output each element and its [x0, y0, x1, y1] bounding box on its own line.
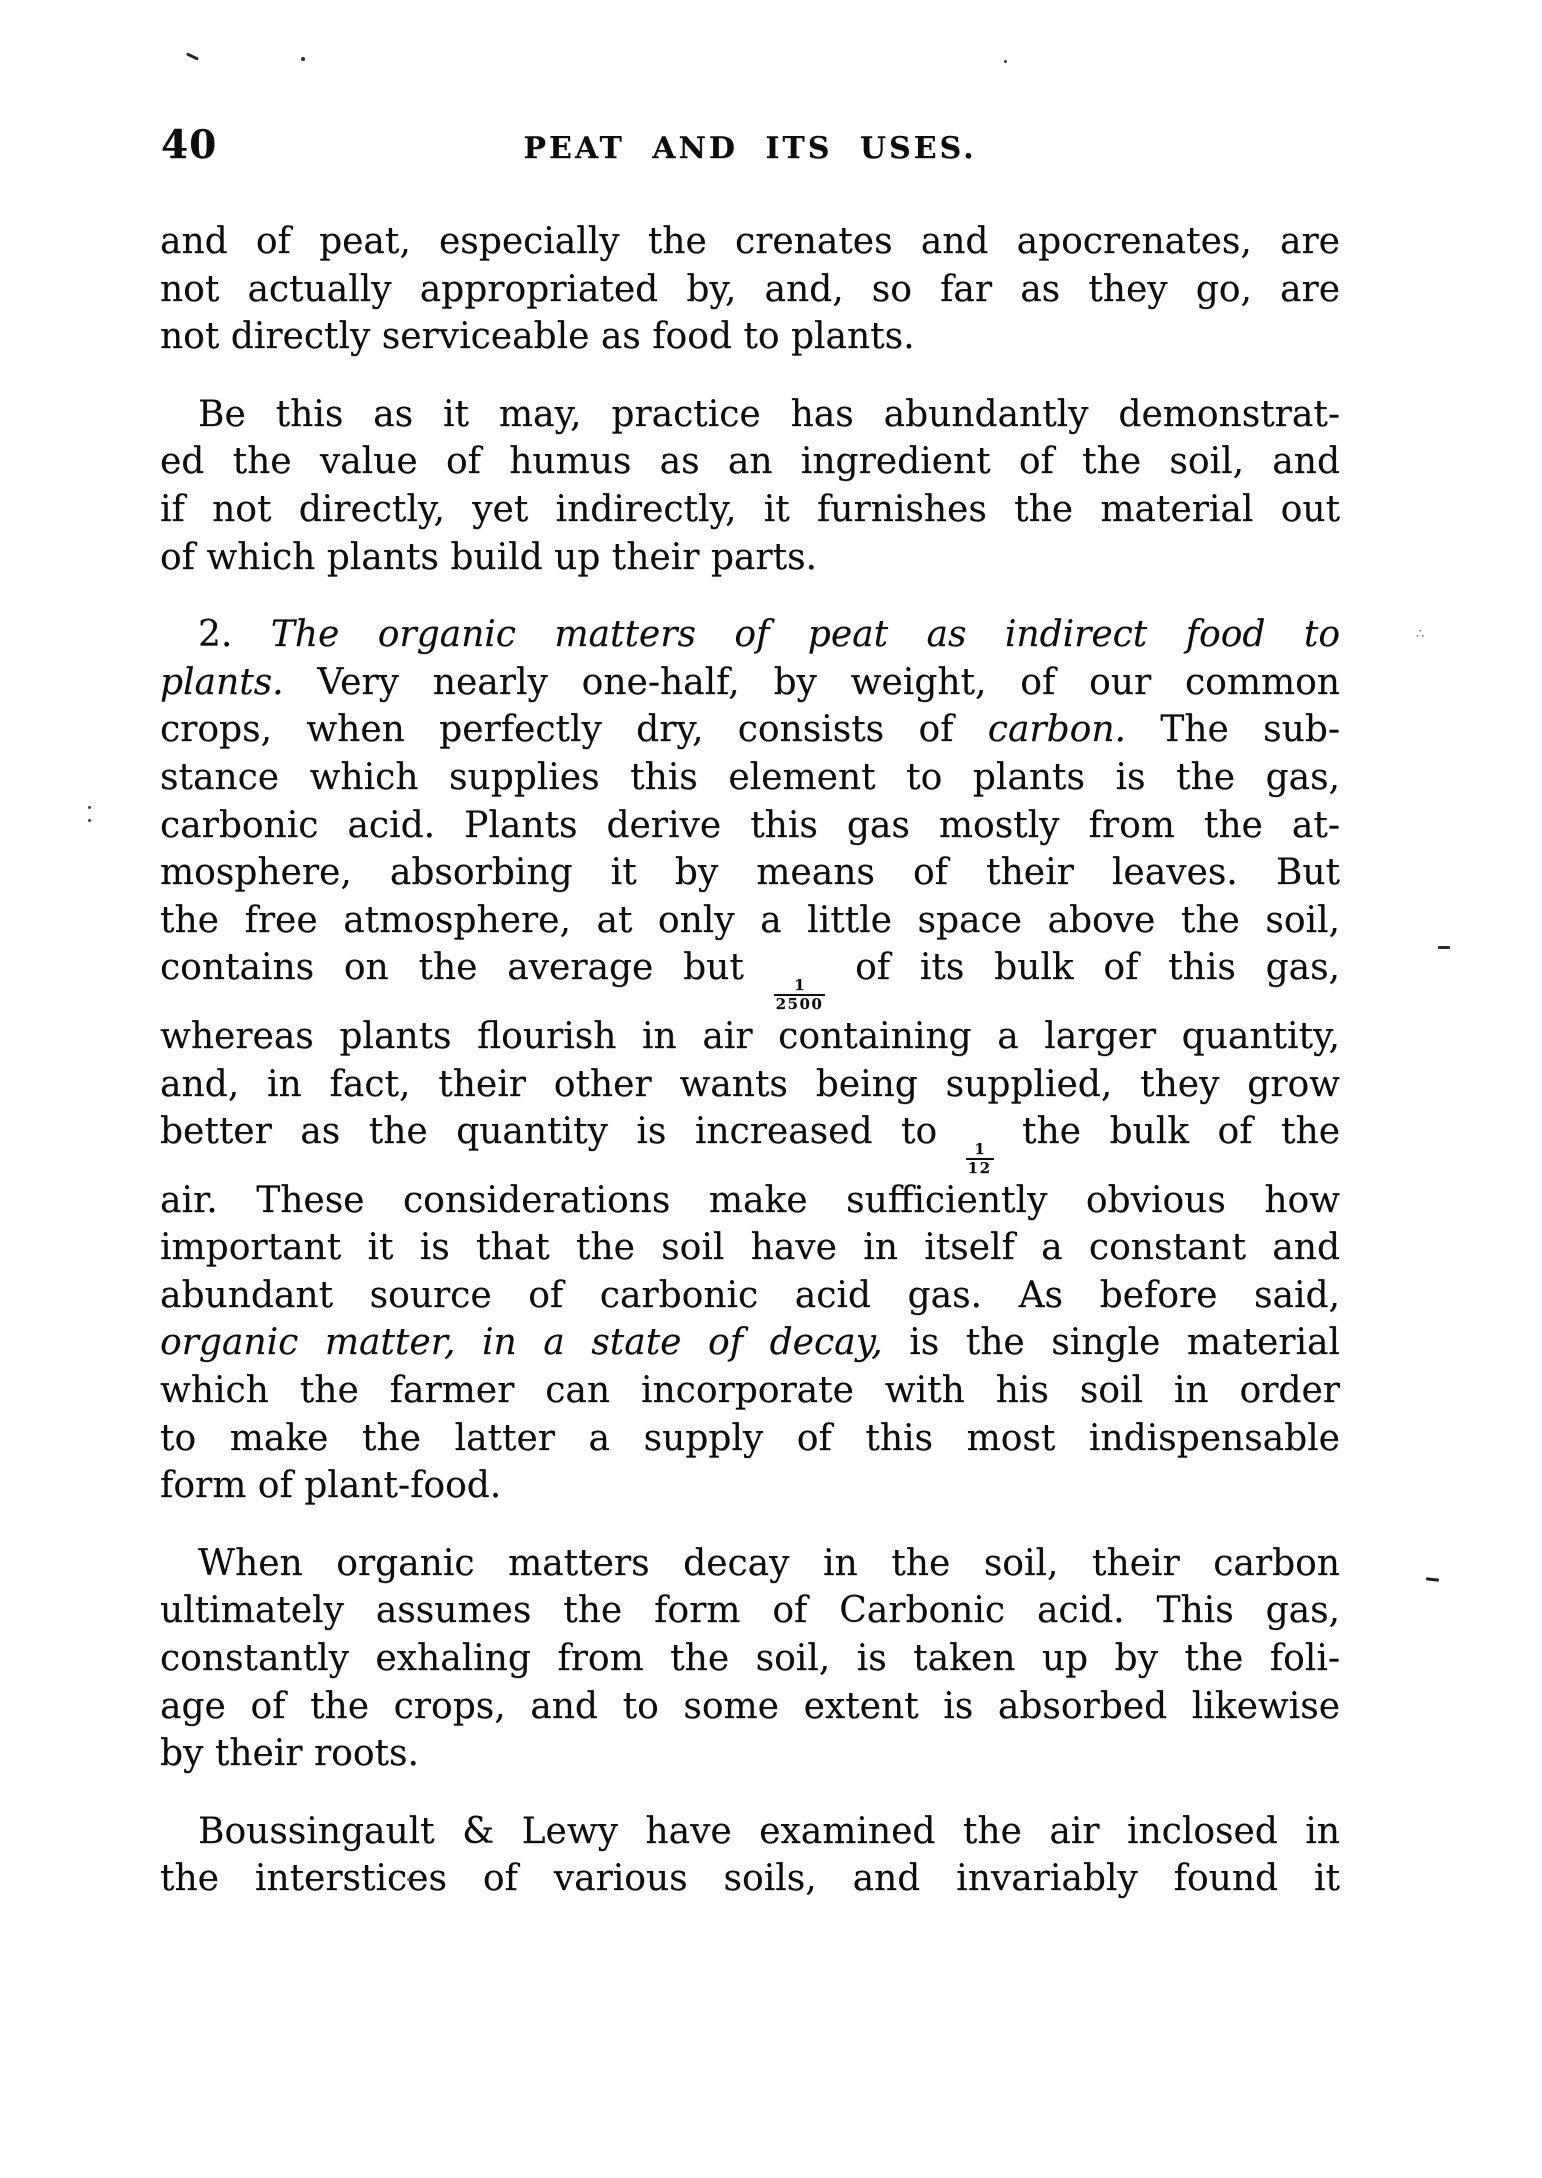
text-line: ed the value of humus as an ingredient o… — [160, 438, 1340, 486]
text-line: of which plants build up their parts. — [160, 534, 1340, 582]
text-line: form of plant-food. — [160, 1462, 1340, 1510]
text-line: not actually appropriated by, and, so fa… — [160, 266, 1340, 314]
text-line: ultimately assumes the form of Carbonic … — [160, 1587, 1340, 1635]
text-run: form of plant-food. — [160, 1465, 501, 1506]
scan-artifact — [1004, 60, 1007, 63]
text-line: and of peat, especially the crenates and… — [160, 218, 1340, 266]
text-line: 2. The organic matters of peat as indire… — [160, 611, 1340, 659]
text-line: Boussingault & Lewy have examined the ai… — [160, 1808, 1340, 1856]
paragraph: and of peat, especially the crenates and… — [160, 218, 1340, 361]
text-run: is the single material — [883, 1322, 1340, 1363]
italic-text-run: The organic matters of peat as indirect … — [271, 614, 1340, 655]
text-run: ed the value of humus as an ingredient o… — [160, 441, 1340, 482]
running-title: PEAT AND ITS USES. — [160, 134, 1340, 164]
text-run: age of the crops, and to some extent is … — [160, 1686, 1340, 1727]
italic-text-run: organic matter, in a state of decay, — [160, 1322, 883, 1363]
text-run: the bulk of the — [994, 1111, 1340, 1152]
text-line: organic matter, in a state of decay, is … — [160, 1319, 1340, 1367]
text-run: contains on the average but — [160, 947, 774, 988]
text-line: by their roots. — [160, 1730, 1340, 1778]
text-line: crops, when perfectly dry, consists of c… — [160, 706, 1340, 754]
paragraph: When organic matters decay in the soil, … — [160, 1540, 1340, 1778]
text-block: and of peat, especially the crenates and… — [160, 218, 1340, 1903]
text-run: 2. — [198, 614, 271, 655]
text-run: The sub- — [1126, 709, 1340, 750]
text-run: ultimately assumes the form of Carbonic … — [160, 1590, 1340, 1631]
text-line: carbonic acid. Plants derive this gas mo… — [160, 802, 1340, 850]
fraction-denominator: 2500 — [774, 994, 826, 1013]
text-run: constantly exhaling from the soil, is ta… — [160, 1638, 1340, 1679]
paragraph: Boussingault & Lewy have examined the ai… — [160, 1808, 1340, 1903]
text-line: not directly serviceable as food to plan… — [160, 313, 1340, 361]
text-run: carbonic acid. Plants derive this gas mo… — [160, 805, 1340, 846]
text-run: mosphere, absorbing it by means of their… — [160, 852, 1340, 893]
text-line: contains on the average but 12500 of its… — [160, 944, 1340, 1013]
text-run: better as the quantity is increased to — [160, 1111, 966, 1152]
text-line: better as the quantity is increased to 1… — [160, 1108, 1340, 1177]
scan-artifact: ∴ — [1416, 628, 1424, 641]
text-line: whereas plants flourish in air containin… — [160, 1013, 1340, 1061]
text-line: if not directly, yet indirectly, it furn… — [160, 486, 1340, 534]
text-run: of its bulk of this gas, — [825, 947, 1340, 988]
text-run: not directly serviceable as food to plan… — [160, 316, 915, 357]
text-run: abundant source of carbonic acid gas. As… — [160, 1275, 1340, 1316]
text-line: When organic matters decay in the soil, … — [160, 1540, 1340, 1588]
text-run: the free atmosphere, at only a little sp… — [160, 900, 1340, 941]
text-line: air. These considerations make sufficien… — [160, 1177, 1340, 1225]
text-run: of which plants build up their parts. — [160, 537, 817, 578]
fraction-denominator: 12 — [966, 1158, 994, 1177]
text-run: crops, when perfectly dry, consists of — [160, 709, 988, 750]
fraction-numerator: 1 — [794, 977, 804, 994]
italic-text-run: carbon. — [988, 709, 1126, 750]
text-line: to make the latter a supply of this most… — [160, 1415, 1340, 1463]
fraction-numerator: 1 — [974, 1141, 984, 1158]
text-run: if not directly, yet indirectly, it furn… — [160, 489, 1340, 530]
text-line: abundant source of carbonic acid gas. As… — [160, 1272, 1340, 1320]
text-line: stance which supplies this element to pl… — [160, 754, 1340, 802]
text-line: age of the crops, and to some extent is … — [160, 1683, 1340, 1731]
text-run: which the farmer can incorporate with hi… — [160, 1370, 1340, 1411]
italic-text-run: plants. — [160, 662, 284, 703]
text-run: Boussingault & Lewy have examined the ai… — [198, 1811, 1340, 1852]
text-run: to make the latter a supply of this most… — [160, 1418, 1340, 1459]
text-run: air. These considerations make sufficien… — [160, 1180, 1340, 1221]
inline-fraction: 12500 — [774, 977, 826, 1013]
scan-artifact — [301, 57, 305, 61]
text-line: the interstices of various soils, and in… — [160, 1855, 1340, 1903]
text-run: Very nearly one-half, by weight, of our … — [284, 662, 1340, 703]
text-line: Be this as it may, practice has abundant… — [160, 391, 1340, 439]
scan-artifact — [186, 52, 199, 60]
text-run: not actually appropriated by, and, so fa… — [160, 269, 1340, 310]
paragraph: 2. The organic matters of peat as indire… — [160, 611, 1340, 1510]
scan-artifact — [1438, 946, 1450, 949]
text-line: constantly exhaling from the soil, is ta… — [160, 1635, 1340, 1683]
text-line: plants. Very nearly one-half, by weight,… — [160, 659, 1340, 707]
text-run: When organic matters decay in the soil, … — [198, 1543, 1340, 1584]
book-page: 40 PEAT AND ITS USES. and of peat, espec… — [0, 0, 1542, 2178]
text-run: stance which supplies this element to pl… — [160, 757, 1340, 798]
text-run: and of peat, especially the crenates and… — [160, 221, 1340, 262]
text-line: and, in fact, their other wants being su… — [160, 1061, 1340, 1109]
paragraph: Be this as it may, practice has abundant… — [160, 391, 1340, 581]
text-run: important it is that the soil have in it… — [160, 1227, 1340, 1268]
text-run: the interstices of various soils, and in… — [160, 1858, 1340, 1899]
scan-artifact — [407, 1878, 411, 1881]
text-line: the free atmosphere, at only a little sp… — [160, 897, 1340, 945]
text-line: important it is that the soil have in it… — [160, 1224, 1340, 1272]
text-line: mosphere, absorbing it by means of their… — [160, 849, 1340, 897]
text-run: whereas plants flourish in air containin… — [160, 1016, 1340, 1057]
text-run: by their roots. — [160, 1733, 419, 1774]
scan-artifact — [88, 806, 91, 809]
scan-artifact — [1426, 1577, 1439, 1582]
text-run: Be this as it may, practice has abundant… — [198, 394, 1340, 435]
text-line: which the farmer can incorporate with hi… — [160, 1367, 1340, 1415]
inline-fraction: 112 — [966, 1141, 994, 1177]
text-run: and, in fact, their other wants being su… — [160, 1064, 1340, 1105]
